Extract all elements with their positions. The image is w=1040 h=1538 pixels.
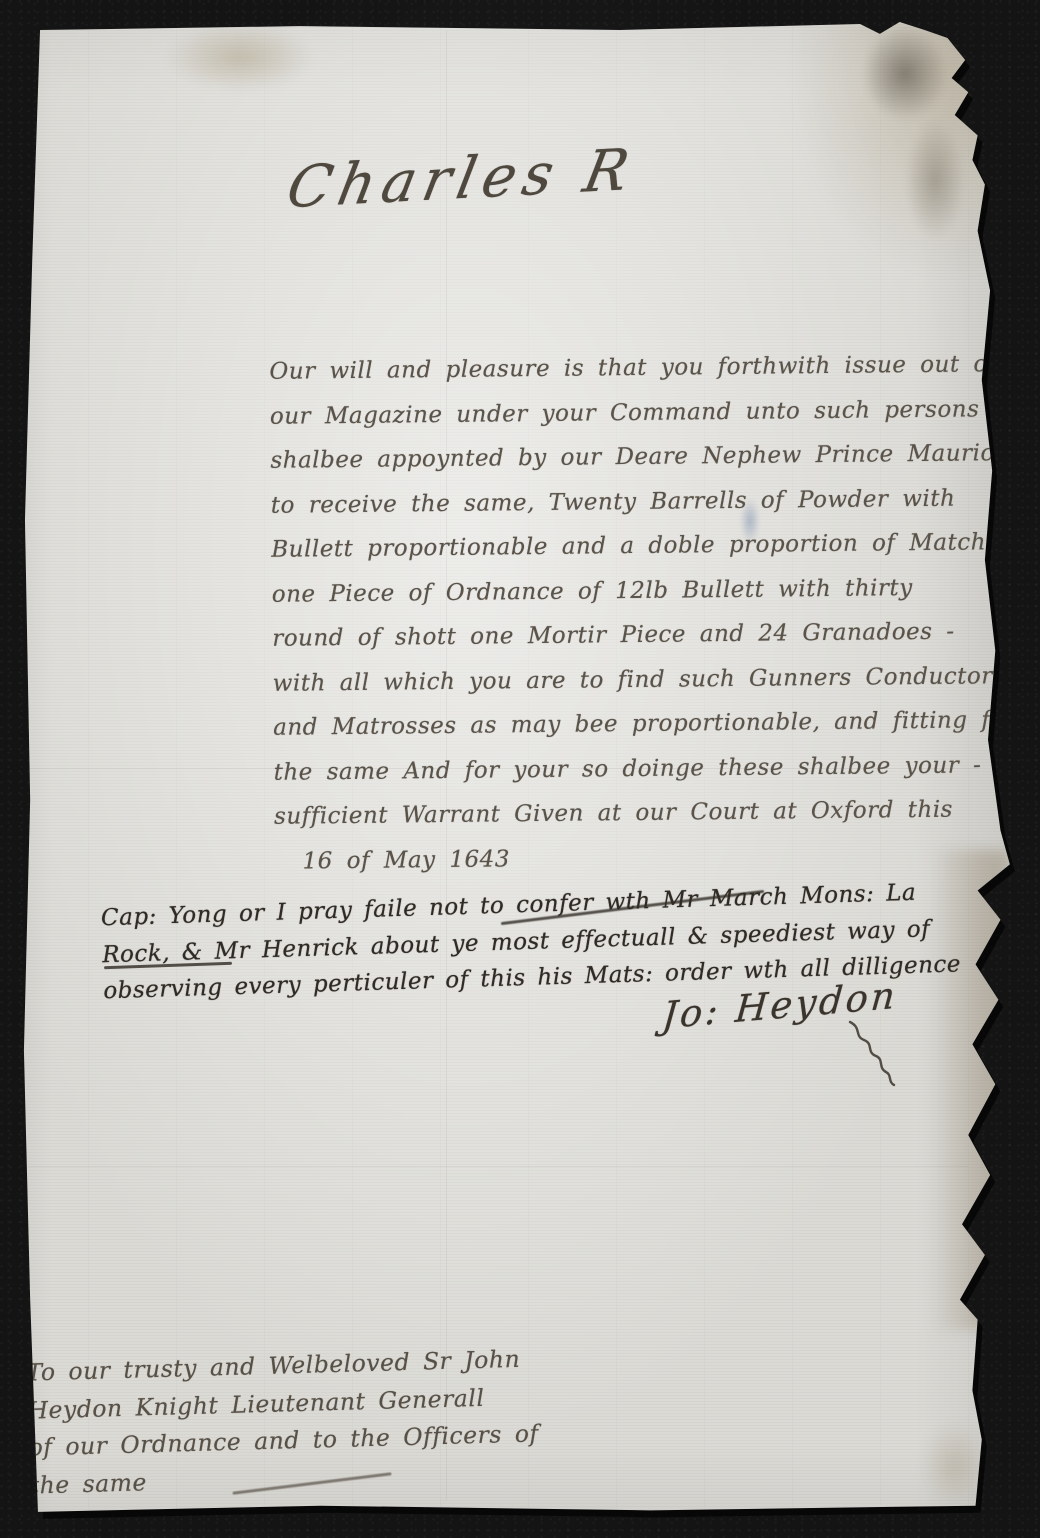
body-line: Bullett proportionable and a doble propo… <box>271 520 991 572</box>
body-line: with all which you are to find such Gunn… <box>272 654 992 706</box>
royal-signature-charles-r: Charles R <box>282 137 641 222</box>
body-line: one Piece of Ordnance of 12lb Bullett wi… <box>272 565 992 617</box>
body-line: round of shott one Mortir Piece and 24 G… <box>272 609 992 661</box>
letter-body: Our will and pleasure is that you forthw… <box>269 342 995 884</box>
body-line: the same And for your so doinge these sh… <box>273 743 993 795</box>
body-line: to receive the same, Twenty Barrells of … <box>271 476 991 528</box>
horizontal-fold-crease-lower <box>28 1166 968 1167</box>
stain-top-right-grime <box>862 26 948 121</box>
address-docket: To our trusty and Welbeloved Sr John Hey… <box>26 1341 500 1504</box>
stain-top-center-brown <box>165 22 315 92</box>
stain-top-right-brown <box>790 20 1020 280</box>
manuscript-paper: Charles R Our will and pleasure is that … <box>0 0 1040 1538</box>
signature-flourish <box>844 1018 914 1088</box>
body-line: sufficient Warrant Given at our Court at… <box>274 787 994 839</box>
body-line: Our will and pleasure is that you forthw… <box>269 342 989 394</box>
photograph-background: Charles R Our will and pleasure is that … <box>0 0 1040 1538</box>
body-line: and Matrosses as may bee proportionable,… <box>273 698 993 750</box>
body-line: our Magazine under your Command unto suc… <box>270 387 990 439</box>
body-line: shalbee appoynted by our Deare Nephew Pr… <box>270 431 990 483</box>
stain-top-right-speckle <box>905 120 965 240</box>
